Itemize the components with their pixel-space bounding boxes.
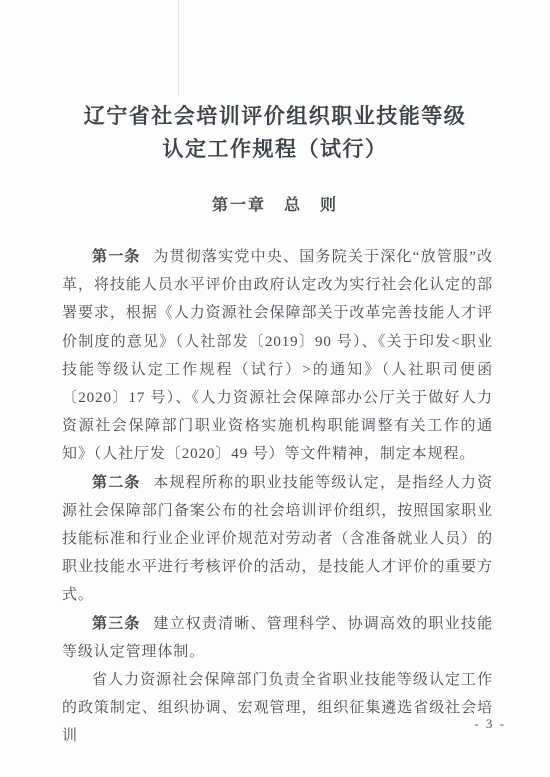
paragraph-continuation: 省人力资源社会保障部门负责全省职业技能等级认定工作的政策制定、组织协调、宏观管理… [62, 666, 493, 751]
document-page: 辽宁省社会培训评价组织职业技能等级 认定工作规程（试行） 第一章 总 则 第一条… [0, 0, 550, 777]
article-2-text: 本规程所称的职业技能等级认定，是指经人力资源社会保障部门备案公布的社会培训评价组… [62, 475, 493, 604]
article-1-label: 第一条 [92, 249, 141, 265]
document-body: 第一条为贯彻落实党中央、国务院关于深化“放管服”改革，将技能人员水平评价由政府认… [62, 243, 493, 751]
paragraph-article-1: 第一条为贯彻落实党中央、国务院关于深化“放管服”改革，将技能人员水平评价由政府认… [62, 243, 493, 469]
article-3-label: 第三条 [92, 616, 141, 632]
chapter-heading: 第一章 总 则 [0, 192, 550, 215]
paragraph-4-text: 省人力资源社会保障部门负责全省职业技能等级认定工作的政策制定、组织协调、宏观管理… [62, 672, 493, 744]
article-2-label: 第二条 [92, 475, 141, 491]
paragraph-article-3: 第三条建立权责清晰、管理科学、协调高效的职业技能等级认定管理体制。 [62, 610, 493, 666]
scan-artifact-line [178, 0, 179, 96]
document-title-line2: 认定工作规程（试行） [0, 133, 550, 166]
document-title: 辽宁省社会培训评价组织职业技能等级 认定工作规程（试行） [0, 100, 550, 166]
article-1-text: 为贯彻落实党中央、国务院关于深化“放管服”改革，将技能人员水平评价由政府认定改为… [62, 249, 493, 462]
page-number: - 3 - [474, 716, 506, 732]
document-title-line1: 辽宁省社会培训评价组织职业技能等级 [0, 100, 550, 133]
paragraph-article-2: 第二条本规程所称的职业技能等级认定，是指经人力资源社会保障部门备案公布的社会培训… [62, 469, 493, 610]
